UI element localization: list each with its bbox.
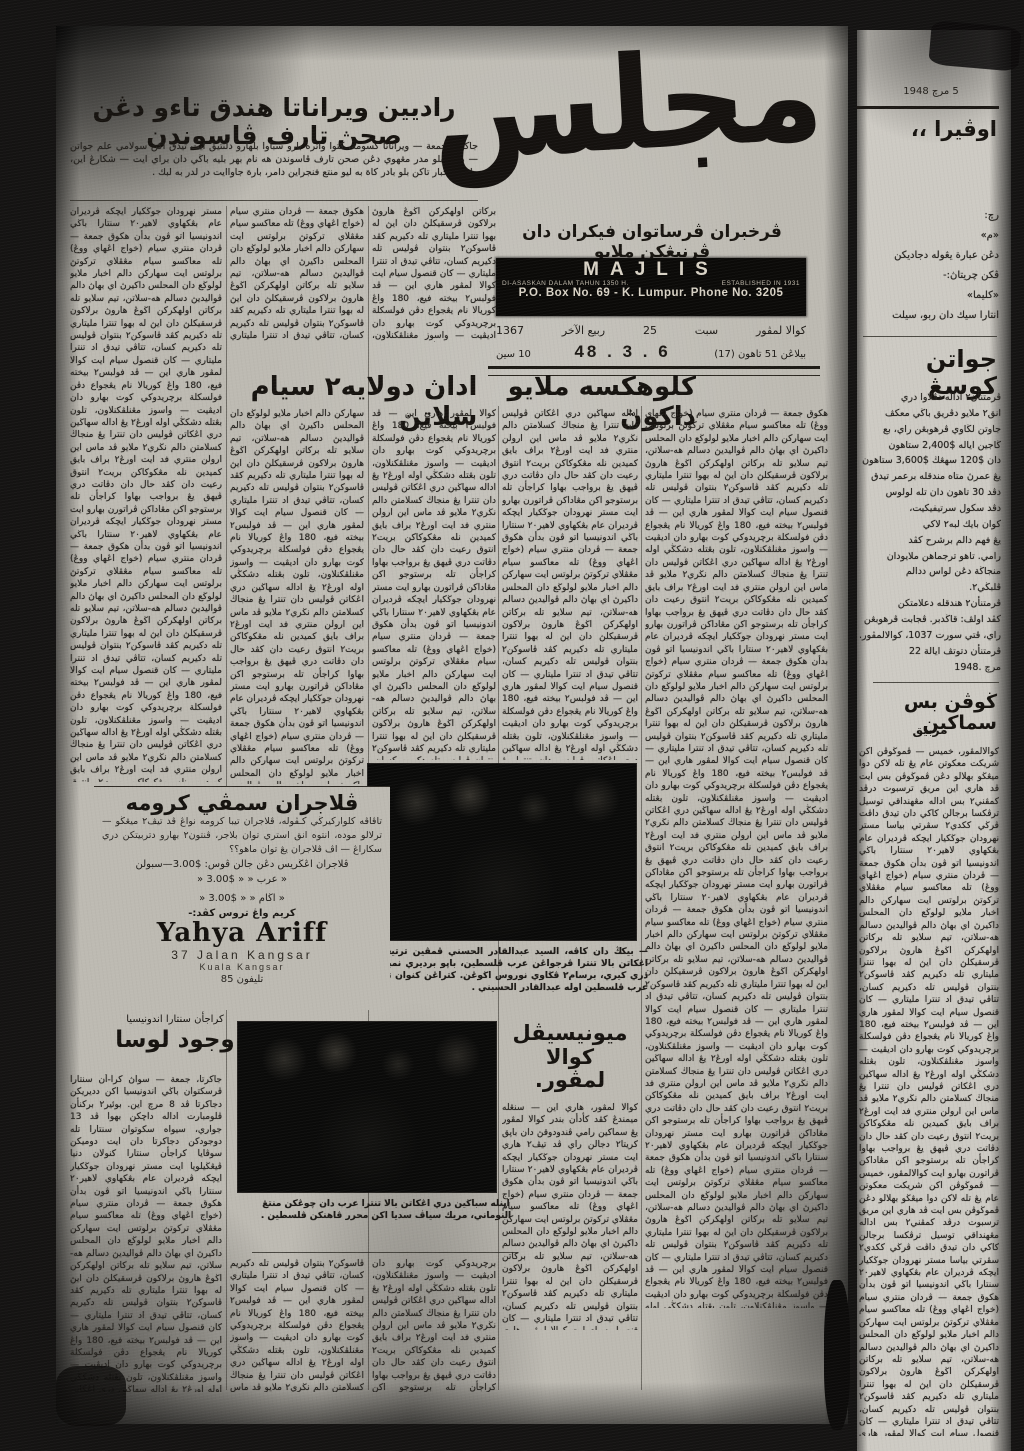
headline-municipal: ميونيسيڤل كوالا لمڤور. bbox=[500, 1022, 640, 1093]
ad-price-rows: « عرب « « $3.00 « « اڬام « « $3.00 « bbox=[102, 870, 382, 908]
masthead-address: P.O. Box No. 69 - K. Lumpur. Phone No. 3… bbox=[496, 287, 806, 299]
headline-wujud-lusa: وجود لوسا bbox=[96, 1028, 254, 1054]
column-b-mid: سهاركن دالم اخبار ملايو لولوڬع دان المحل… bbox=[230, 408, 364, 784]
dateline-hijri-year: 1367 bbox=[496, 324, 524, 337]
column-b-lower: ڤاسوكن٢ بنتوان ڤوليس تله دكيريم كسان، تت… bbox=[230, 1258, 364, 1392]
dateline-hijri-row: كوالا لمڤور سبت 25 ربيع الآخر 1367 bbox=[496, 324, 806, 337]
masthead-imprint-box: MAJLIS DI-ASASKAN DALAM TAHUN 1350 H. ES… bbox=[496, 258, 806, 316]
shadow-strip-top bbox=[928, 20, 1021, 72]
column-b-upper: هكوق جمعة — ڤردان منتري سيام (خواج اڠهاي… bbox=[230, 206, 364, 342]
dateline-gregorian: 6 . 3 . 48 bbox=[574, 342, 670, 362]
handwritten-date: 5 مرچ 1948 bbox=[865, 86, 997, 97]
dateline-hijri-day: 25 bbox=[643, 324, 657, 337]
headline-opera: اوڤيرا ،، bbox=[875, 118, 997, 142]
ad-price-line: ڤلاجران اڠڬريس دڠن جالن ڤوس: $3.00—سبولن bbox=[102, 859, 382, 870]
column-a-body: مستر نهرودان جوڬكيار ايچكه ڤرديران عام ب… bbox=[70, 206, 222, 782]
masthead-title-jawi: مجلس bbox=[483, 5, 829, 230]
adjacent-page-strip: 5 مرچ 1948 اوڤيرا ،، رچ: «م» دڠن عبارة ي… bbox=[857, 30, 1011, 1451]
price: 10 سين bbox=[496, 349, 531, 360]
kicker-indonesia: كراجأن سنتارا اندونيسيا bbox=[96, 1014, 254, 1025]
dateline-place: كوالا لمڤور bbox=[756, 324, 806, 337]
ad-body-text: تاڤاڤه كلواركيرڬي كـڤوله، ڤلاجران تيبا ك… bbox=[102, 815, 382, 856]
column-e-body: هكوق جمعة — ڤردان منتري سيام (خواج اڠهاي… bbox=[645, 408, 828, 1308]
column-c-mid: كوالا لمڤور هاري اين — ڤد فولبس٢ بيخته ف… bbox=[372, 408, 496, 760]
headline-bus-subhead: مربيق bbox=[863, 724, 997, 737]
dateline-hijri-month: ربيع الآخر bbox=[562, 324, 605, 337]
strip-heavy-rule bbox=[857, 106, 999, 109]
column-c-lower: برچريدوكي كوت بهارو دان اديڤيت — واسوز م… bbox=[372, 1258, 496, 1392]
photo-arab-forces-leaders bbox=[368, 764, 636, 940]
opera-fragments: رچ: «م» دڠن عبارة يڠوله دجاديكن ڤكن چريت… bbox=[857, 206, 999, 326]
advertisement-yahya-ariff: ڤلاجران سمڤي كرومه تاڤاڤه كلواركيرڬي كـڤ… bbox=[94, 786, 390, 1010]
established-gregorian: ESTABLISHED IN 1931 bbox=[722, 280, 800, 287]
photo1-caption: — بيكڭ دان كاڤه، السيد عبدالقادر الحسني … bbox=[372, 946, 648, 1006]
ink-blot-right-edge bbox=[824, 1280, 850, 1430]
ad-advertiser-name: Yahya Ariff bbox=[102, 919, 382, 948]
dateline-issue-row: بيلاڠن 51 تاهون (17) 6 . 3 . 48 10 سين bbox=[496, 342, 806, 362]
column-c-upper: بركاتن اولهكركن اڬوڠ هاروڽ برلاكون ڤرسقي… bbox=[372, 206, 496, 342]
lede-top-left: جاكرتا، جمعة — ويراناتا كسومه، كتوا واثر… bbox=[70, 140, 478, 198]
ad-address-line2: Kuala Kangsar bbox=[102, 962, 382, 972]
masthead-tagline: ڤرخبران ڤرساتوان فيكران دان ڤرنيڠكن ملاي… bbox=[490, 222, 814, 262]
newspaper-scan: راديين ويراناتا هندق تاءو دڠن صحڽ تارف ڤ… bbox=[0, 0, 1024, 1451]
column-a-wujud-body: جاكرتا، جمعة — سواڽ كرا-أن سنتارا ڤرسكتو… bbox=[70, 1074, 222, 1392]
ink-blot-bottom-left bbox=[56, 1366, 126, 1426]
rule-under-lede bbox=[70, 200, 478, 201]
issue-number: بيلاڠن 51 تاهون (17) bbox=[714, 349, 806, 360]
column-d-municipal-body: كوالا لمڤور، هاري اين — سنڠله ميمندڠ كڤد… bbox=[502, 1102, 638, 1330]
vacancy-body: ڤرمتنأن٢ اداله دڤلاوا دري انق٢ ملايو دڤر… bbox=[857, 390, 1001, 676]
column-rule-4 bbox=[641, 406, 642, 1390]
dateline-weekday: سبت bbox=[695, 324, 718, 337]
established-hijri: DI-ASASKAN DALAM TAHUN 1350 H. bbox=[502, 280, 629, 287]
bus-body: كوالالمڤور، خميس — ڤموڬوڤن اكن شريكت معك… bbox=[859, 746, 999, 1436]
strip-rule-2 bbox=[873, 682, 999, 683]
rule-under-caption2 bbox=[252, 1252, 518, 1253]
photo-arab-troops bbox=[238, 1022, 496, 1192]
column-d-upper: اداله سهاڬين دري اڠكاتن ڤوليس دان تنترا … bbox=[502, 408, 638, 760]
ad-phone: تليفون 85 bbox=[102, 974, 382, 985]
masthead-established-line: DI-ASASKAN DALAM TAHUN 1350 H. ESTABLISH… bbox=[496, 280, 806, 287]
photo2-caption: اينله سباڬين دري اڠكاتن بالا تنترا عرب د… bbox=[242, 1198, 530, 1246]
strip-rule-1 bbox=[863, 336, 997, 337]
ad-address-line1: 37 Jalan Kangsar bbox=[102, 948, 382, 962]
masthead-latin-name: MAJLIS bbox=[496, 260, 806, 280]
ad-headline: ڤلاجران سمڤي كرومه bbox=[102, 791, 382, 815]
